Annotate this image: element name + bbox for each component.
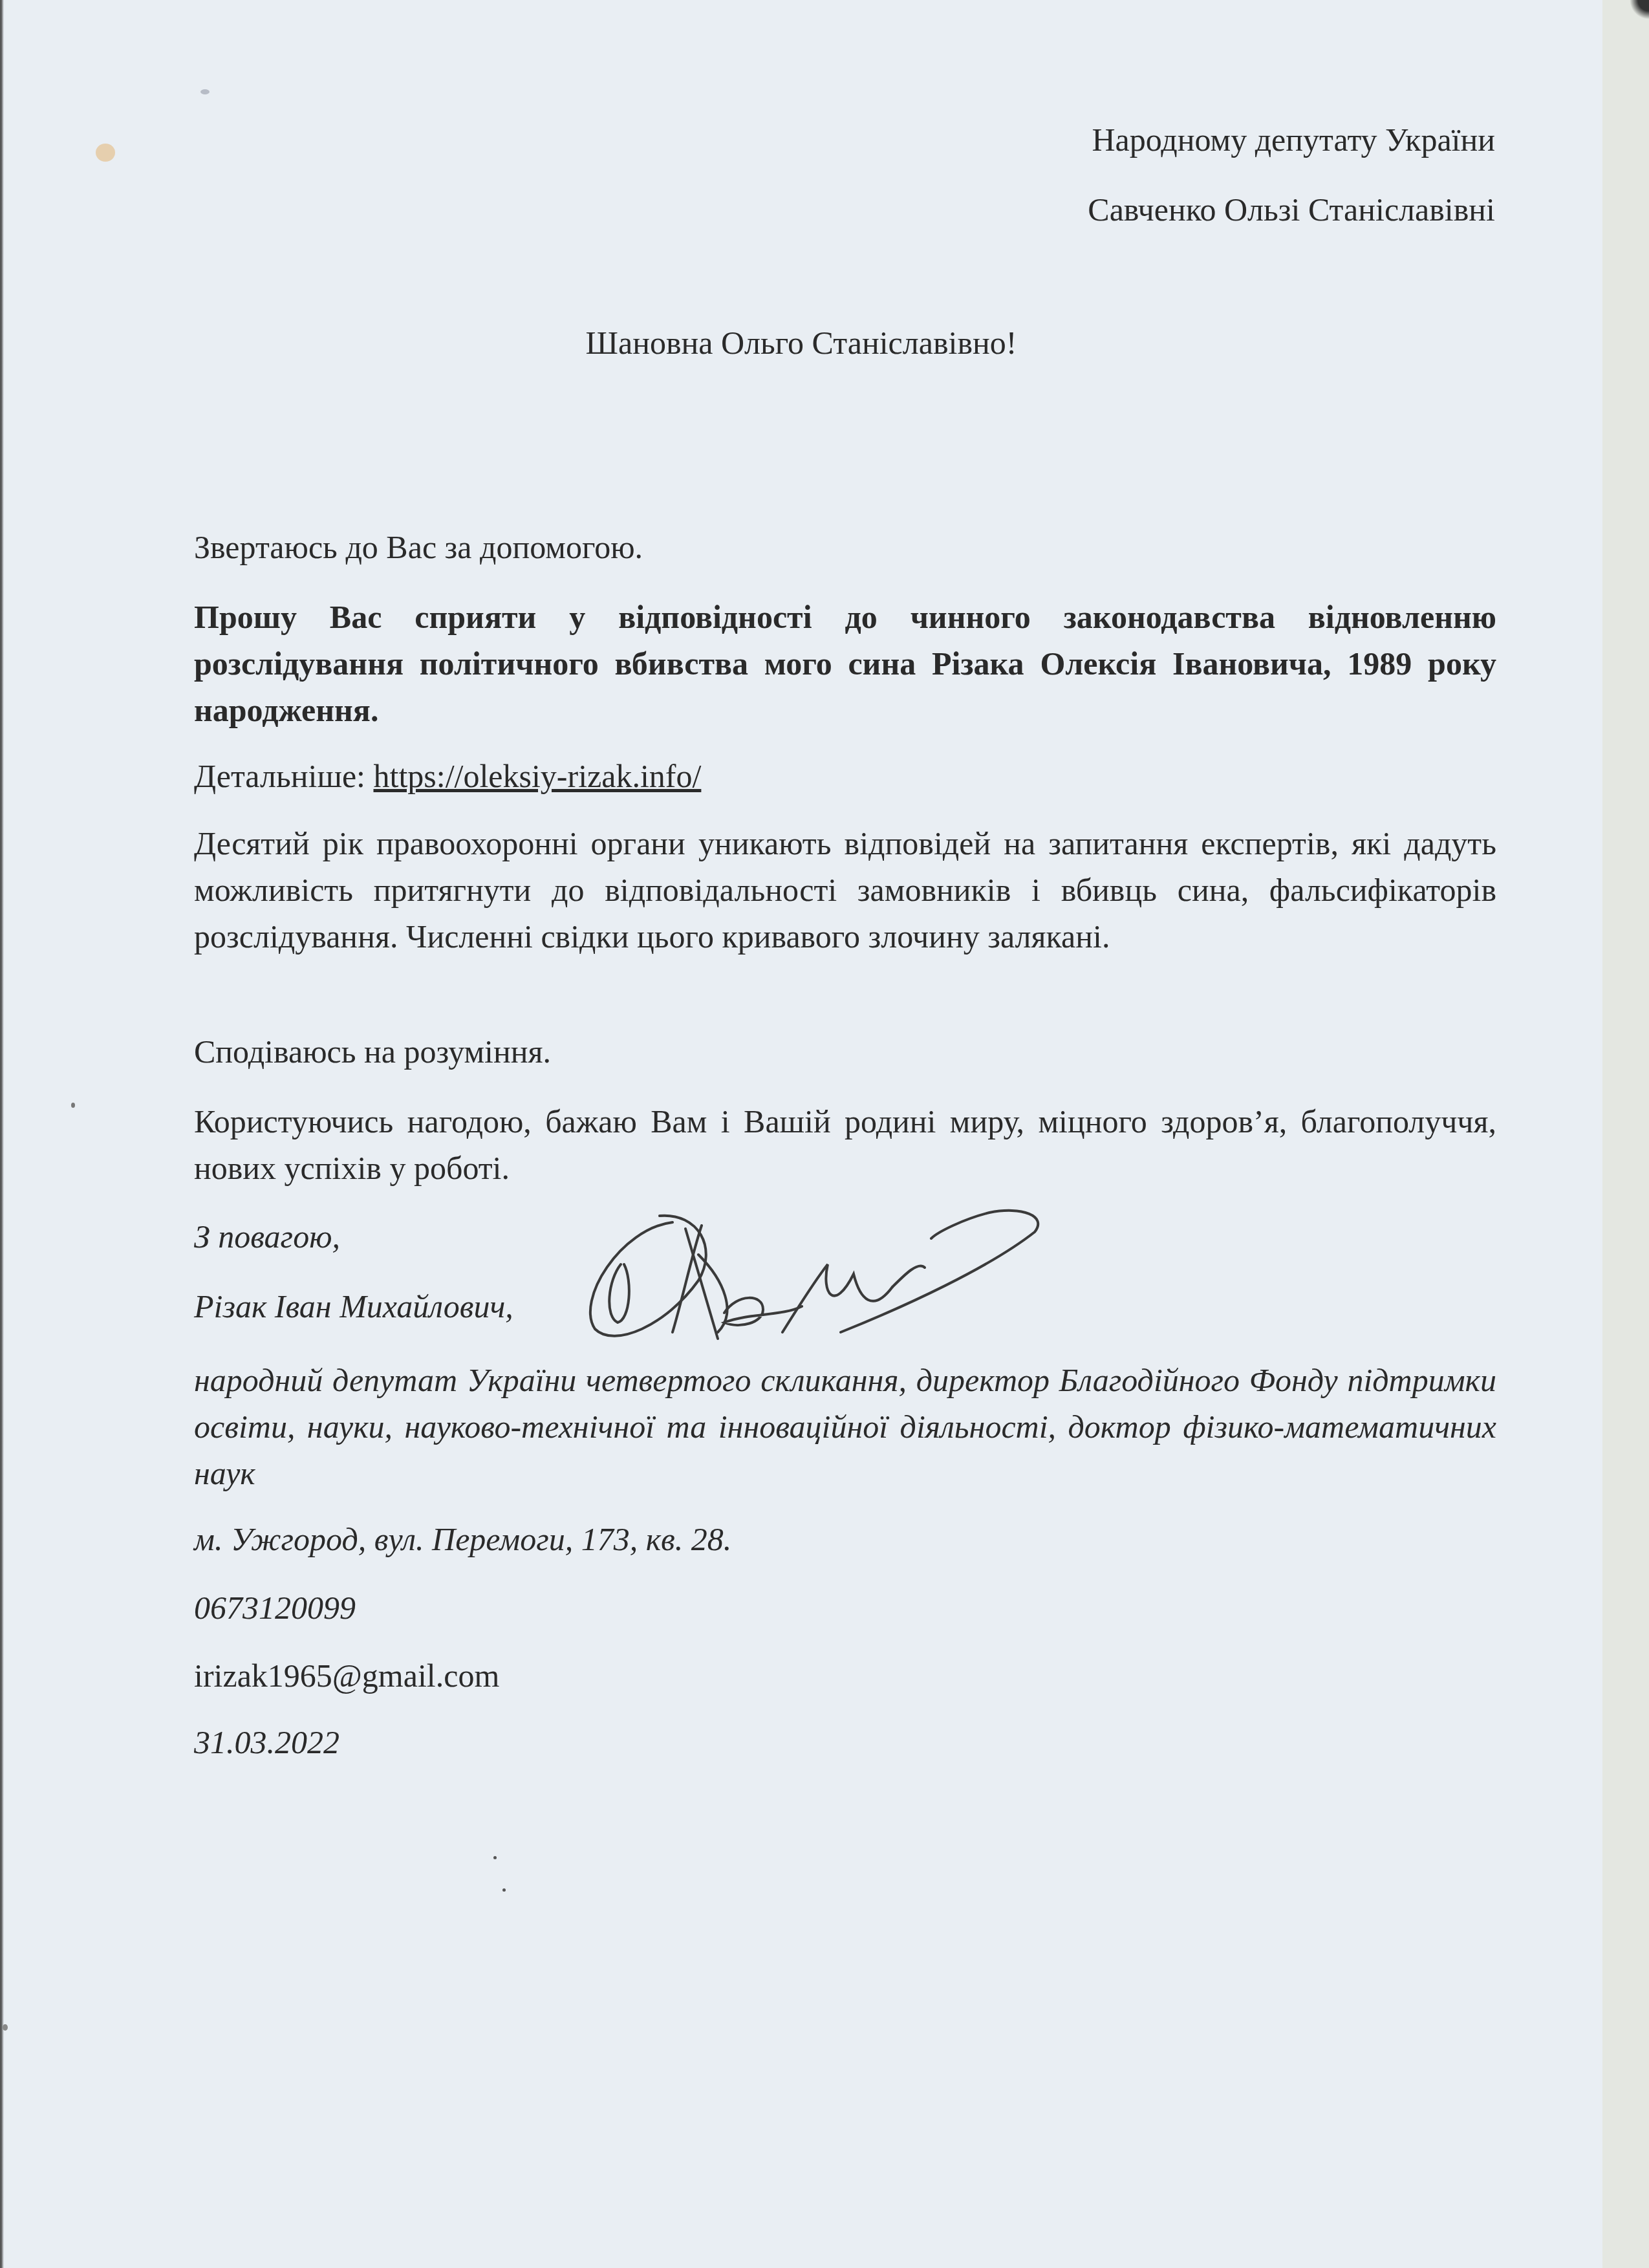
opening-line: Звертаюсь до Вас за допомогою. <box>194 524 643 570</box>
signature-icon <box>569 1203 1061 1352</box>
regards-line: З повагою, <box>194 1213 340 1260</box>
details-line: Детальніше: https://oleksiy-rizak.info/ <box>194 753 701 799</box>
salutation: Шановна Ольго Станіславівно! <box>0 319 1602 366</box>
sender-email: irizak1965@gmail.com <box>194 1652 499 1699</box>
recipient-line-1: Народному депутату України <box>1092 116 1495 163</box>
paper-speck <box>71 1103 75 1108</box>
hope-line: Сподіваюсь на розуміння. <box>194 1028 551 1075</box>
letter-date: 31.03.2022 <box>194 1719 339 1766</box>
sender-title: народний депутат України четвертого скли… <box>194 1357 1496 1496</box>
recipient-line-2: Савченко Ользі Станіславівні <box>1088 186 1495 233</box>
paper-speck <box>3 2024 8 2031</box>
paper-speck <box>200 89 210 94</box>
main-paragraph: Десятий рік правоохоронні органи уникают… <box>194 820 1496 960</box>
wishes-paragraph: Користуючись нагодою, бажаю Вам і Вашій … <box>194 1098 1496 1191</box>
sender-name: Різак Іван Михайлович, <box>194 1283 513 1330</box>
paper-speck <box>493 1856 497 1859</box>
page-edge <box>1602 0 1649 2268</box>
paper-stain <box>96 144 115 162</box>
details-link[interactable]: https://oleksiy-rizak.info/ <box>374 758 702 794</box>
sender-address: м. Ужгород, вул. Перемоги, 173, кв. 28. <box>194 1516 731 1562</box>
details-label: Детальніше: <box>194 758 374 794</box>
sender-phone: 0673120099 <box>194 1584 356 1631</box>
scan-corner-shadow <box>1630 0 1649 19</box>
paper-speck <box>502 1888 506 1892</box>
request-paragraph: Прошу Вас сприяти у відповідності до чин… <box>194 594 1496 733</box>
